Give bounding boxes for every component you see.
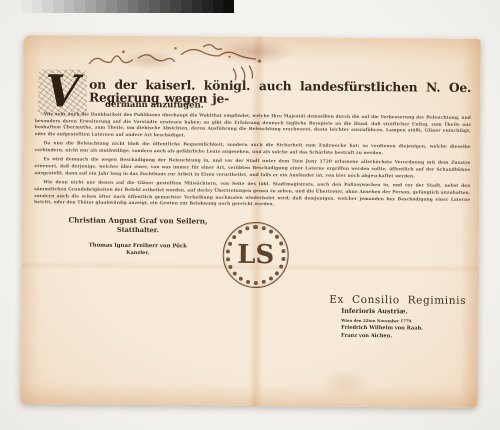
calibration-step	[181, 0, 192, 13]
document-paper: V on der kaiserl. königl. auch landesfür…	[20, 35, 480, 408]
secretary-name-1: Friedrich Wilhelm von Raab.	[341, 325, 466, 332]
calibration-step	[192, 0, 203, 13]
signature-block-left: Christian August Graf von Seilern, Statt…	[52, 215, 224, 256]
seal-ls-monogram: LS	[237, 240, 274, 270]
calibration-step	[32, 0, 43, 13]
calibration-step	[117, 0, 128, 13]
calibration-step	[213, 0, 224, 13]
calibration-step	[170, 0, 181, 13]
calibration-step	[149, 0, 160, 13]
ornate-initial-capital: V	[38, 69, 87, 116]
kanzler-title: Kanzler.	[52, 249, 224, 257]
scan-background: V on der kaiserl. königl. auch landesfür…	[0, 0, 500, 430]
statthalter-title: Statthalter.	[52, 225, 224, 235]
calibration-step	[202, 0, 213, 13]
issuance-date: Wien den 22ten November 1779.	[341, 317, 466, 323]
calibration-step	[85, 0, 96, 13]
body-paragraph-3: Es wird demnach die wegen Beschädigung d…	[34, 158, 470, 182]
calibration-step	[160, 0, 171, 13]
calibration-step	[74, 0, 85, 13]
seal-wreath-border: LS	[225, 225, 286, 286]
paper-stain	[320, 368, 370, 398]
document-title-line2: dermann anzufügen.	[105, 100, 204, 111]
secretary-name-2: Franz von Aichen.	[341, 332, 466, 339]
inferioris-austriae-line: Inferioris Austriæ.	[341, 307, 466, 316]
calibration-step	[96, 0, 107, 13]
calibration-step	[223, 0, 234, 13]
calibration-step	[138, 0, 149, 13]
calibration-step	[106, 0, 117, 13]
grayscale-calibration-bar	[21, 0, 234, 13]
body-paragraph-1: Wie sehr auch die Dankbarkeit des Publik…	[35, 112, 471, 143]
calibration-step	[42, 0, 53, 13]
body-text-block: Wie sehr auch die Dankbarkeit des Publik…	[34, 112, 471, 213]
issuance-block: Ex Consilio Regiminis Inferioris Austriæ…	[329, 294, 466, 340]
official-seal: LS	[222, 222, 289, 289]
calibration-step	[128, 0, 139, 13]
calibration-step	[21, 0, 32, 13]
calibration-step	[64, 0, 75, 13]
ex-consilio-line: Ex Consilio Regiminis	[329, 294, 466, 307]
body-paragraph-4: Wie denn nicht nur denen auf die Gläser …	[34, 180, 470, 211]
statthalter-name: Christian August Graf von Seilern,	[52, 215, 224, 226]
calibration-step	[53, 0, 64, 13]
body-paragraph-2: Da nun die Beleuchtung nicht bloß die öf…	[35, 142, 471, 159]
